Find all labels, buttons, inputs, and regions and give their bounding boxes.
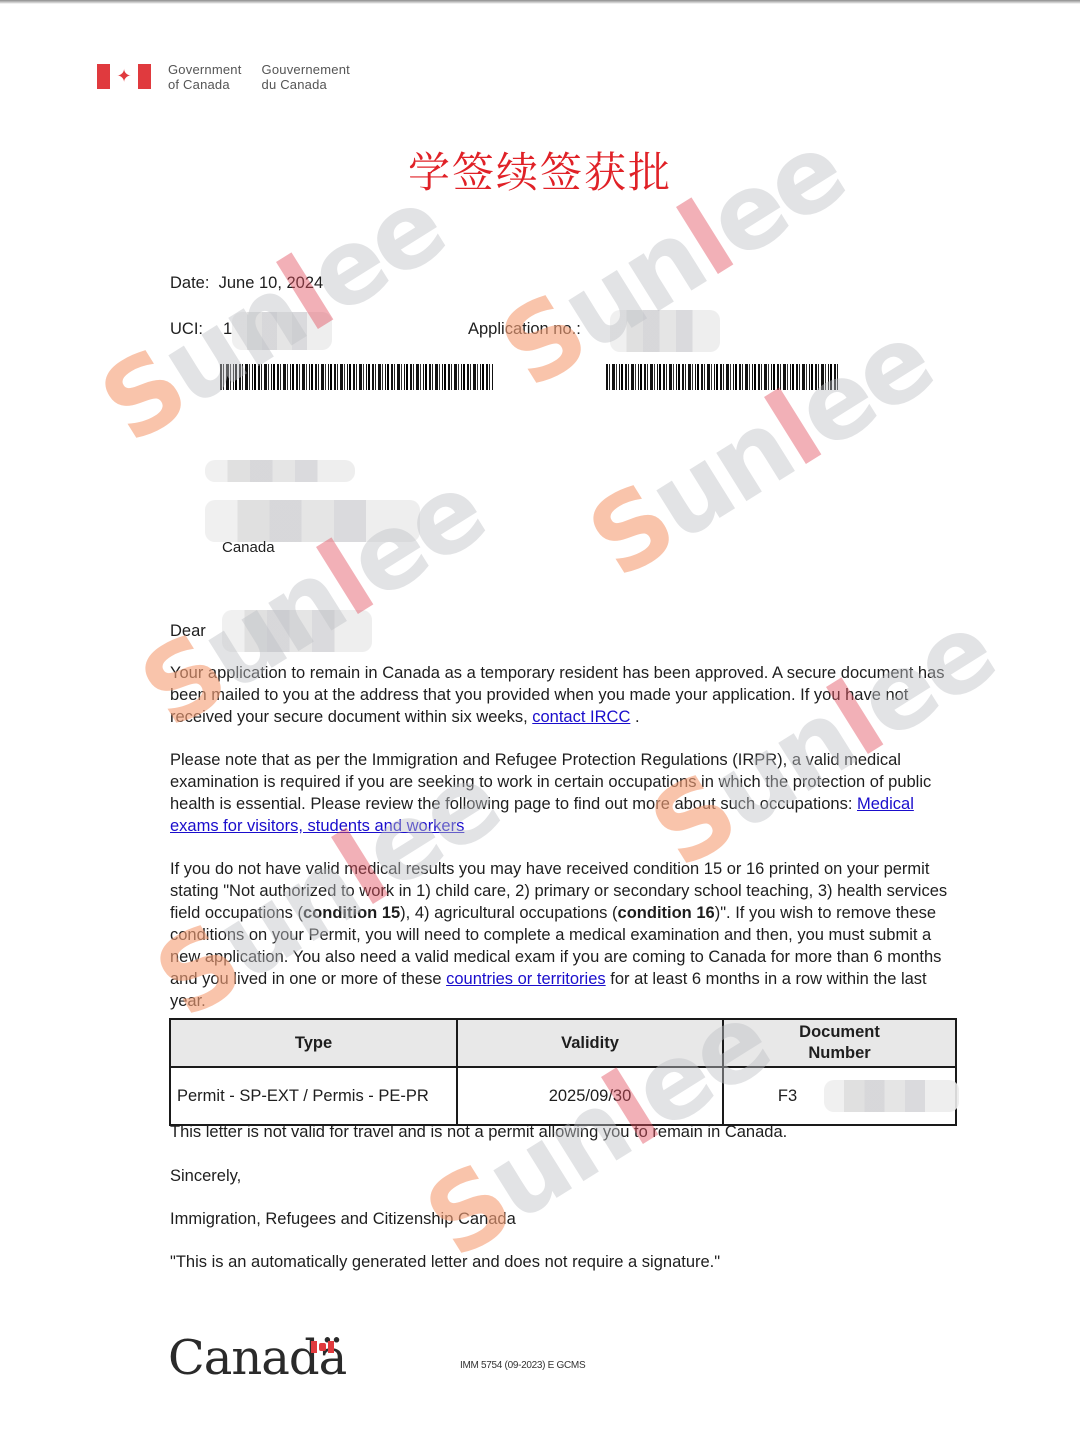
overlay-title: 学签续签获批 (0, 140, 1080, 200)
redacted-address-line-1 (205, 460, 355, 482)
page-top-edge (0, 0, 1080, 4)
medical-exam-paragraph: Please note that as per the Immigration … (170, 749, 960, 837)
redacted-address-line-2 (205, 500, 420, 542)
redacted-recipient-name (222, 610, 372, 652)
canada-flag-icon: ✦ (97, 62, 151, 90)
sunlee-watermark: Sunlee (635, 597, 1009, 884)
closing: Sincerely, (170, 1165, 241, 1187)
table-row: Permit - SP-EXT / Permis - PE-PR 2025/09… (170, 1067, 956, 1125)
permit-type: Permit - SP-EXT / Permis - PE-PR (170, 1067, 457, 1125)
table-header-row: Type Validity Document Number (170, 1019, 956, 1067)
government-signature: ✦ Government of Canada Gouvernement du C… (97, 62, 350, 92)
date-line: Date: June 10, 2024 (170, 272, 323, 294)
conditions-paragraph: If you do not have valid medical results… (170, 858, 960, 1012)
signature-agency: Immigration, Refugees and Citizenship Ca… (170, 1208, 516, 1230)
header-type: Type (170, 1019, 457, 1067)
wordmark-flag-icon (311, 1341, 334, 1353)
address-country: Canada (222, 537, 275, 559)
uci-value: 1 (223, 320, 232, 338)
application-number-line: Application no.: (468, 318, 581, 340)
application-barcode (606, 364, 838, 390)
salutation: Dear (170, 620, 206, 642)
header-validity: Validity (457, 1019, 723, 1067)
gov-name-french: Gouvernement du Canada (262, 62, 350, 92)
header-document-number: Document Number (723, 1019, 956, 1067)
permit-table: Type Validity Document Number Permit - S… (169, 1018, 957, 1126)
uci-barcode (220, 364, 493, 390)
form-code: IMM 5754 (09-2023) E GCMS (460, 1360, 585, 1371)
countries-territories-link[interactable]: countries or territories (446, 970, 606, 988)
canada-wordmark: Canadä (168, 1330, 346, 1386)
uci-line: UCI:1 (170, 318, 232, 340)
permit-document-number: F3 (723, 1067, 956, 1125)
redacted-uci (232, 312, 332, 350)
auto-generated-note: "This is an automatically generated lett… (170, 1251, 720, 1273)
date-value: June 10, 2024 (219, 274, 324, 292)
approval-paragraph: Your application to remain in Canada as … (170, 662, 960, 728)
travel-disclaimer: This letter is not valid for travel and … (170, 1121, 787, 1143)
permit-validity: 2025/09/30 (457, 1067, 723, 1125)
contact-ircc-link[interactable]: contact IRCC (532, 708, 630, 726)
gov-name-english: Government of Canada (168, 62, 242, 92)
redacted-application-number (610, 310, 720, 352)
redacted-document-number (824, 1080, 959, 1112)
